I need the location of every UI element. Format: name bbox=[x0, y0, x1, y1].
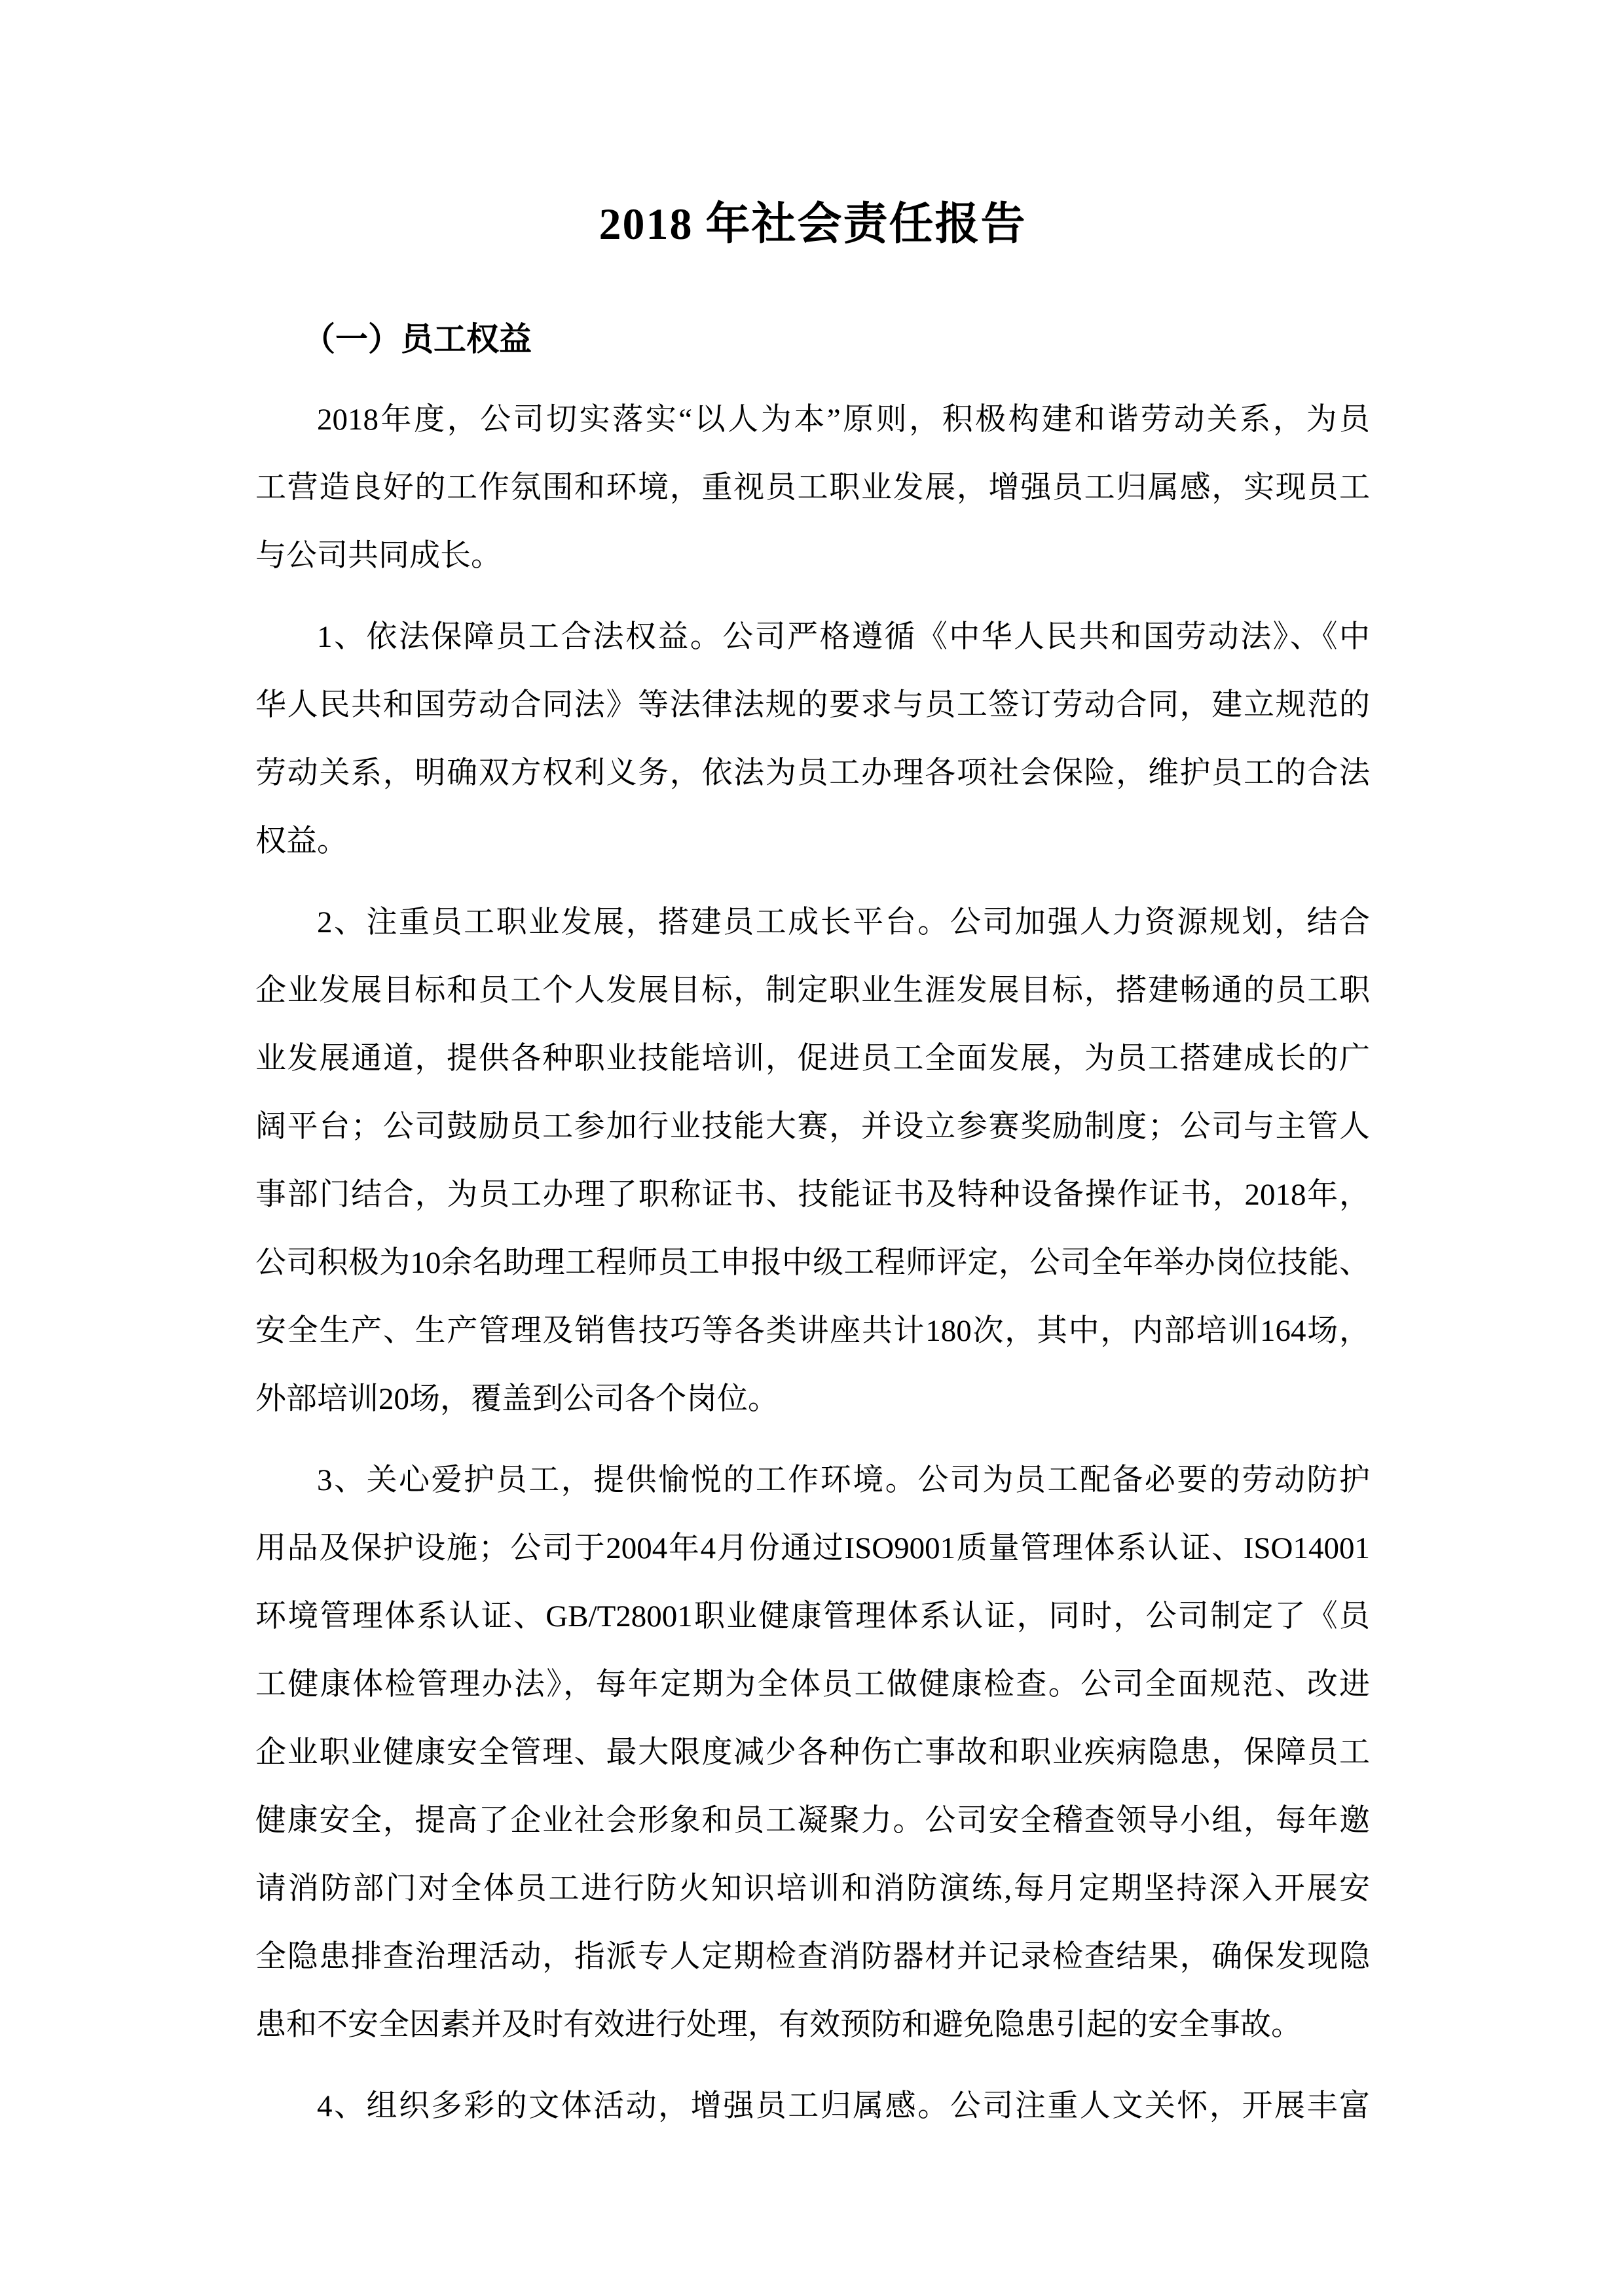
text-line: 事部门结合，为员工办理了职称证书、技能证书及特种设备操作证书，2018年， bbox=[255, 1161, 1370, 1229]
section-heading: （一）员工权益 bbox=[255, 305, 1370, 373]
text-line: 环境管理体系认证、GB/T28001职业健康管理体系认证，同时，公司制定了《员 bbox=[255, 1582, 1370, 1650]
text-line: 3、关心爱护员工，提供愉悦的工作环境。公司为员工配备必要的劳动防护 bbox=[255, 1446, 1370, 1514]
text-line: 4、组织多彩的文体活动，增强员工归属感。公司注重人文关怀，开展丰富 bbox=[255, 2072, 1370, 2140]
paragraph: 3、关心爱护员工，提供愉悦的工作环境。公司为员工配备必要的劳动防护用品及保护设施… bbox=[255, 1446, 1370, 2059]
document-title: 2018 年社会责任报告 bbox=[255, 191, 1370, 257]
paragraph: 1、依法保障员工合法权益。公司严格遵循《中华人民共和国劳动法》、《中华人民共和国… bbox=[255, 603, 1370, 875]
document-page: 2018 年社会责任报告 （一）员工权益 2018年度，公司切实落实“以人为本”… bbox=[0, 0, 1624, 2296]
text-line: 安全生产、生产管理及销售技巧等各类讲座共计180次，其中，内部培训164场， bbox=[255, 1297, 1370, 1365]
text-line: 工健康体检管理办法》，每年定期为全体员工做健康检查。公司全面规范、改进 bbox=[255, 1650, 1370, 1719]
text-line: 1、依法保障员工合法权益。公司严格遵循《中华人民共和国劳动法》、《中 bbox=[255, 603, 1370, 671]
text-line: 请消防部门对全体员工进行防火知识培训和消防演练,每月定期坚持深入开展安 bbox=[255, 1855, 1370, 1923]
text-line: 健康安全，提高了企业社会形象和员工凝聚力。公司安全稽查领导小组，每年邀 bbox=[255, 1787, 1370, 1855]
text-line: 患和不安全因素并及时有效进行处理，有效预防和避免隐患引起的安全事故。 bbox=[255, 1991, 1370, 2059]
text-line: 权益。 bbox=[255, 807, 1370, 875]
text-line: 2、注重员工职业发展，搭建员工成长平台。公司加强人力资源规划，结合 bbox=[255, 888, 1370, 957]
text-line: 全隐患排查治理活动，指派专人定期检查消防器材并记录检查结果，确保发现隐 bbox=[255, 1923, 1370, 1991]
document-body: 2018年度，公司切实落实“以人为本”原则，积极构建和谐劳动关系，为员工营造良好… bbox=[255, 386, 1370, 2140]
text-line: 企业发展目标和员工个人发展目标，制定职业生涯发展目标，搭建畅通的员工职 bbox=[255, 957, 1370, 1025]
text-line: 公司积极为10余名助理工程师员工申报中级工程师评定，公司全年举办岗位技能、 bbox=[255, 1229, 1370, 1297]
text-line: 工营造良好的工作氛围和环境，重视员工职业发展，增强员工归属感，实现员工 bbox=[255, 454, 1370, 522]
text-line: 华人民共和国劳动合同法》等法律法规的要求与员工签订劳动合同，建立规范的 bbox=[255, 671, 1370, 739]
paragraph: 2018年度，公司切实落实“以人为本”原则，积极构建和谐劳动关系，为员工营造良好… bbox=[255, 386, 1370, 590]
paragraph: 2、注重员工职业发展，搭建员工成长平台。公司加强人力资源规划，结合企业发展目标和… bbox=[255, 888, 1370, 1433]
text-line: 业发展通道，提供各种职业技能培训，促进员工全面发展，为员工搭建成长的广 bbox=[255, 1025, 1370, 1093]
text-line: 企业职业健康安全管理、最大限度减少各种伤亡事故和职业疾病隐患，保障员工 bbox=[255, 1719, 1370, 1787]
text-line: 与公司共同成长。 bbox=[255, 522, 1370, 590]
paragraph: 4、组织多彩的文体活动，增强员工归属感。公司注重人文关怀，开展丰富 bbox=[255, 2072, 1370, 2140]
text-line: 外部培训20场，覆盖到公司各个岗位。 bbox=[255, 1365, 1370, 1433]
text-line: 用品及保护设施；公司于2004年4月份通过ISO9001质量管理体系认证、ISO… bbox=[255, 1514, 1370, 1582]
text-line: 阔平台；公司鼓励员工参加行业技能大赛，并设立参赛奖励制度；公司与主管人 bbox=[255, 1093, 1370, 1161]
text-line: 2018年度，公司切实落实“以人为本”原则，积极构建和谐劳动关系，为员 bbox=[255, 386, 1370, 454]
text-line: 劳动关系，明确双方权利义务，依法为员工办理各项社会保险，维护员工的合法 bbox=[255, 739, 1370, 807]
